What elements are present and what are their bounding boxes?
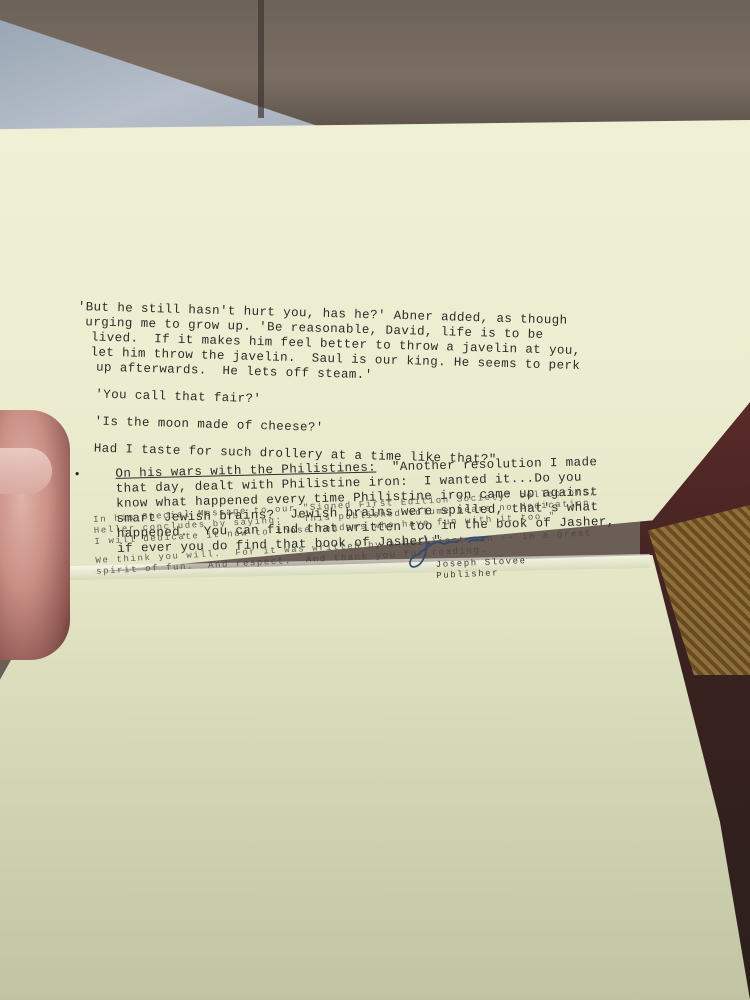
signature-block: Joseph Slovee Publisher bbox=[436, 556, 528, 582]
paragraph-fair: 'You call that fair?' bbox=[75, 387, 645, 418]
paper-lower-panel bbox=[0, 555, 750, 1000]
paragraph-moon: 'Is the moon made of cheese?' bbox=[74, 414, 644, 445]
paragraph-abner: 'But he still hasn't hurt you, has he?' … bbox=[76, 300, 648, 391]
background-cushion-seam bbox=[258, 0, 264, 118]
thumbnail bbox=[0, 448, 52, 494]
bullet-dot-icon: • bbox=[73, 468, 81, 483]
